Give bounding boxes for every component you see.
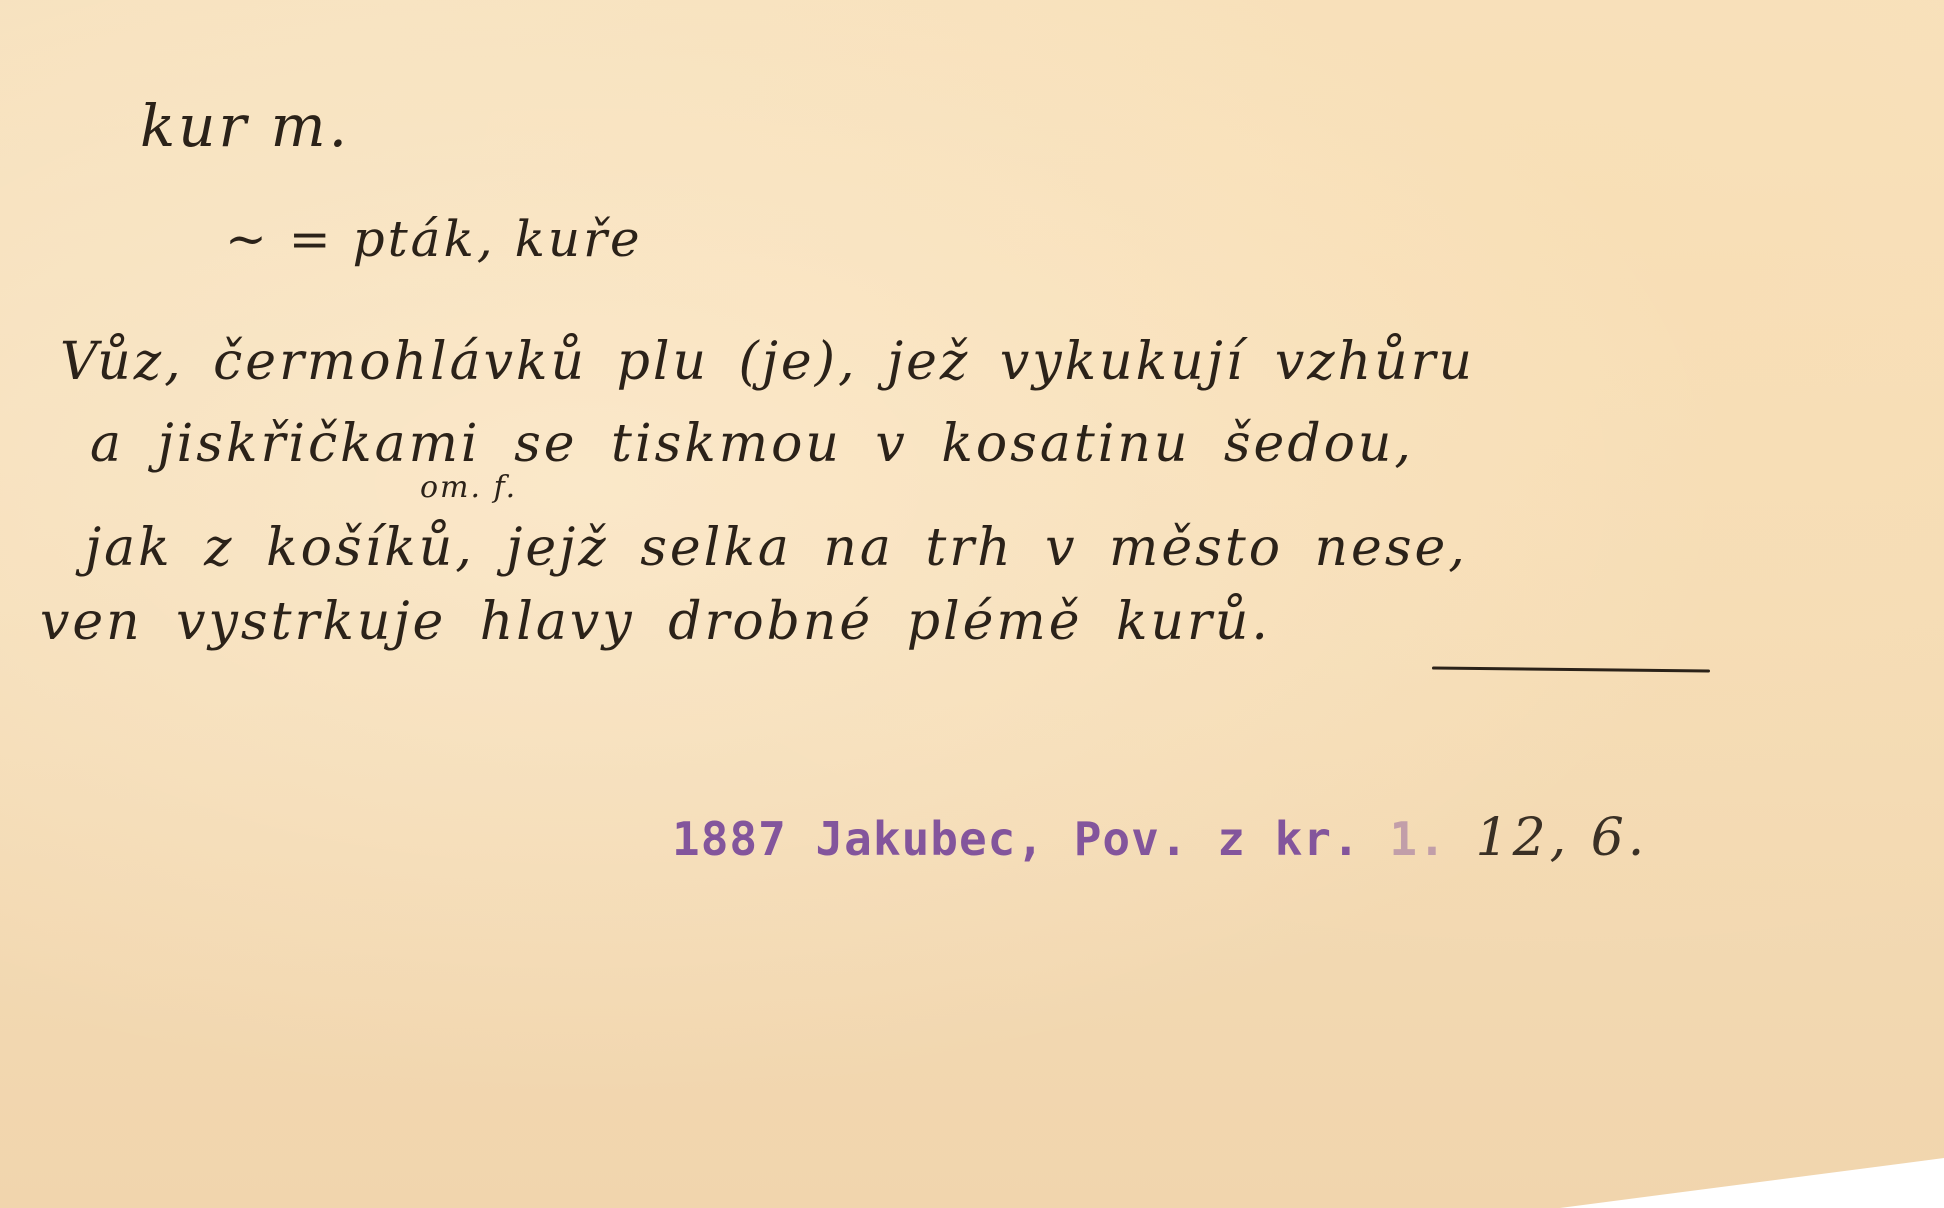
source-stamp: 1887 Jakubec, Pov. z kr. 1. 12, 6. <box>672 808 1648 868</box>
citation-line-4: ven vystrkuje hlavy drobné plémě kurů. <box>40 592 1271 652</box>
gloss-definition: ~ = pták, kuře <box>225 210 643 268</box>
citation-line-1: Vůz, čermohlávků plu (je), jež vykukují … <box>60 332 1475 392</box>
interlinear-annotation: om. f. <box>420 470 517 505</box>
citation-line-2: a jiskřičkami se tiskmou v kosatinu šedo… <box>90 414 1414 474</box>
headword: kur m. <box>140 92 350 160</box>
source-author-work: Jakubec, Pov. z kr. <box>815 812 1360 866</box>
source-year: 1887 <box>672 812 787 866</box>
citation-line-3: jak z košíků, jejž selka na trh v město … <box>85 518 1468 578</box>
source-volume: 1. <box>1389 812 1446 866</box>
source-page: 12, 6. <box>1475 808 1648 868</box>
